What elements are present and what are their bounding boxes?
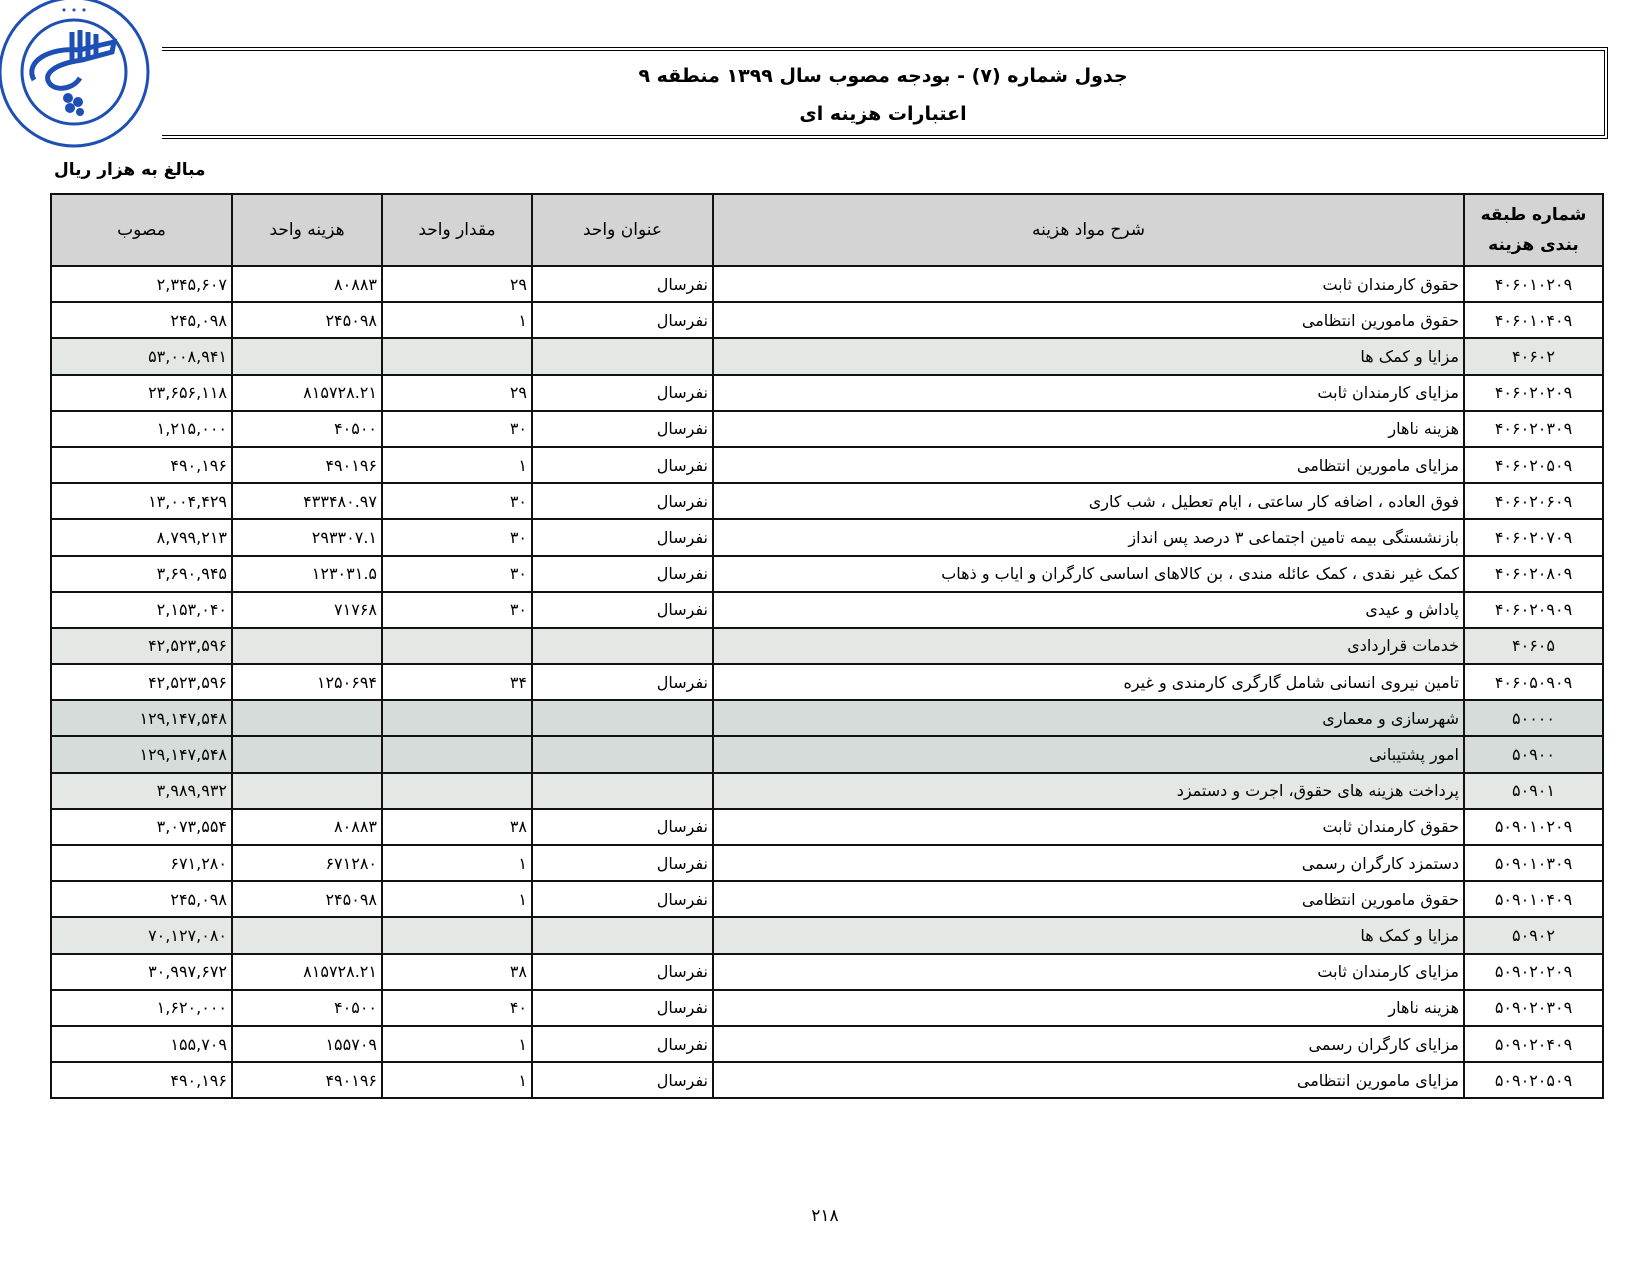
- approved-amount: ۴۲,۵۲۳,۵۹۶: [148, 673, 227, 692]
- unit-cost-cell: [232, 700, 382, 736]
- unit-title-cell: نفرسال: [532, 664, 713, 700]
- cost-code-cell: ۵۰۹۰۱۰۳۰۹: [1464, 845, 1603, 881]
- unit-cost-cell: ۱۲۳۰۳۱.۵: [232, 556, 382, 592]
- cost-description-cell: هزینه ناهار: [713, 411, 1464, 447]
- approved-amount: ۴۹۰,۱۹۶: [170, 1071, 227, 1090]
- cost-code-cell: ۵۰۹۰۰: [1464, 736, 1603, 772]
- cost-description: شهرسازی و معماری: [1322, 709, 1459, 728]
- cost-code-cell: ۵۰۹۰۲۰۳۰۹: [1464, 990, 1603, 1026]
- cost-description: مزایای مامورین انتظامی: [1297, 1071, 1459, 1090]
- table-row: ۵۰۹۰۱۰۴۰۹حقوق مامورین انتظامینفرسال۱۲۴۵۰…: [51, 881, 1603, 917]
- cost-code: ۵۰۹۰۲۰۲۰۹: [1495, 962, 1572, 981]
- table-row: ۴۰۶۰۲۰۷۰۹بازنشستگی بیمه تامین اجتماعی ۳ …: [51, 519, 1603, 555]
- table-row: ۵۰۹۰۱۰۳۰۹دستمزد کارگران رسمینفرسال۱۶۷۱۲۸…: [51, 845, 1603, 881]
- unit-quantity-cell: [382, 773, 532, 809]
- unit-cost: ۴۹۰۱۹۶: [325, 1071, 377, 1090]
- table-row: ۴۰۶۰۲۰۵۰۹مزایای مامورین انتظامینفرسال۱۴۹…: [51, 447, 1603, 483]
- unit-quantity-cell: ۱: [382, 302, 532, 338]
- cost-code: ۴۰۶۰۲: [1512, 347, 1555, 366]
- cost-code-cell: ۵۰۹۰۲۰۴۰۹: [1464, 1026, 1603, 1062]
- unit-quantity-cell: ۳۰: [382, 411, 532, 447]
- unit-title: نفرسال: [657, 998, 708, 1017]
- cost-code-cell: ۴۰۶۰۵۰۹۰۹: [1464, 664, 1603, 700]
- cost-description: خدمات قراردادی: [1347, 636, 1459, 655]
- unit-cost: ۲۴۵۰۹۸: [325, 311, 377, 330]
- unit-cost: ۱۲۵۰۶۹۴: [317, 673, 377, 692]
- cost-description-cell: مزایای کارمندان ثابت: [713, 375, 1464, 411]
- cost-code: ۵۰۹۰۲۰۵۰۹: [1495, 1071, 1572, 1090]
- unit-quantity: ۱: [518, 1035, 527, 1054]
- unit-quantity: ۳۸: [510, 817, 527, 836]
- unit-title-cell: نفرسال: [532, 556, 713, 592]
- table-row: ۴۰۶۰۲۰۹۰۹پاداش و عیدینفرسال۳۰۷۱۷۶۸۲,۱۵۳,…: [51, 592, 1603, 628]
- unit-title-cell: نفرسال: [532, 592, 713, 628]
- approved-amount: ۳,۰۷۳,۵۵۴: [157, 817, 227, 836]
- cost-code: ۴۰۶۰۲۰۲۰۹: [1495, 383, 1572, 402]
- cost-description-cell: حقوق کارمندان ثابت: [713, 809, 1464, 845]
- table-row-subtotal: ۴۰۶۰۵خدمات قراردادی۴۲,۵۲۳,۵۹۶: [51, 628, 1603, 664]
- approved-amount: ۴۹۰,۱۹۶: [170, 456, 227, 475]
- unit-cost-cell: ۲۴۵۰۹۸: [232, 302, 382, 338]
- unit-cost-cell: ۸۱۵۷۲۸.۲۱: [232, 375, 382, 411]
- cost-description: مزایای مامورین انتظامی: [1297, 456, 1459, 475]
- cost-description: هزینه ناهار: [1388, 419, 1459, 438]
- approved-amount: ۳۰,۹۹۷,۶۷۲: [148, 962, 227, 981]
- unit-cost-cell: [232, 628, 382, 664]
- unit-title-cell: نفرسال: [532, 447, 713, 483]
- cost-description: مزایای کارگران رسمی: [1309, 1035, 1459, 1054]
- unit-title-cell: نفرسال: [532, 1062, 713, 1098]
- cost-description-cell: تامین نیروی انسانی شامل گارگری کارمندی و…: [713, 664, 1464, 700]
- cost-code: ۵۰۹۰۰: [1512, 745, 1555, 764]
- cost-description-cell: مزایای مامورین انتظامی: [713, 1062, 1464, 1098]
- unit-cost: ۲۴۵۰۹۸: [325, 890, 377, 909]
- cost-code-cell: ۵۰۹۰۱۰۲۰۹: [1464, 809, 1603, 845]
- unit-title-cell: نفرسال: [532, 411, 713, 447]
- column-header-unit-cost: هزینه واحد: [232, 194, 382, 266]
- approved-amount-cell: ۸,۷۹۹,۲۱۳: [51, 519, 232, 555]
- approved-amount-cell: ۴۹۰,۱۹۶: [51, 447, 232, 483]
- unit-title: نفرسال: [657, 564, 708, 583]
- unit-cost-cell: ۸۰۸۸۳: [232, 809, 382, 845]
- cost-code: ۵۰۹۰۲: [1512, 926, 1555, 945]
- cost-code-cell: ۵۰۹۰۲: [1464, 917, 1603, 953]
- cost-code-cell: ۵۰۹۰۲۰۲۰۹: [1464, 954, 1603, 990]
- unit-quantity-cell: [382, 628, 532, 664]
- table-row: ۴۰۶۰۵۰۹۰۹تامین نیروی انسانی شامل گارگری …: [51, 664, 1603, 700]
- unit-quantity-cell: ۳۰: [382, 556, 532, 592]
- unit-title: نفرسال: [657, 492, 708, 511]
- column-header-unit-title: عنوان واحد: [532, 194, 713, 266]
- unit-title-cell: [532, 736, 713, 772]
- unit-quantity: ۳۰: [510, 492, 527, 511]
- budget-table: شماره طبقه بندی هزینه شرح مواد هزینه عنو…: [50, 193, 1604, 1099]
- cost-code-cell: ۴۰۶۰۲۰۶۰۹: [1464, 483, 1603, 519]
- unit-cost-cell: ۱۵۵۷۰۹: [232, 1026, 382, 1062]
- cost-description-cell: هزینه ناهار: [713, 990, 1464, 1026]
- seal-stamp-icon: • • •: [0, 0, 154, 152]
- approved-amount-cell: ۲,۳۴۵,۶۰۷: [51, 266, 232, 302]
- unit-cost: ۸۰۸۸۳: [334, 817, 377, 836]
- unit-cost-cell: ۱۲۵۰۶۹۴: [232, 664, 382, 700]
- cost-code: ۴۰۶۰۱۰۲۰۹: [1495, 275, 1572, 294]
- unit-title-cell: [532, 917, 713, 953]
- unit-quantity-cell: ۱: [382, 1026, 532, 1062]
- approved-amount: ۶۷۱,۲۸۰: [170, 854, 227, 873]
- unit-cost-cell: ۲۹۳۳۰۷.۱: [232, 519, 382, 555]
- unit-cost-cell: ۸۱۵۷۲۸.۲۱: [232, 954, 382, 990]
- approved-amount: ۲۳,۶۵۶,۱۱۸: [148, 383, 227, 402]
- unit-quantity: ۳۰: [510, 564, 527, 583]
- cost-description: کمک غیر نقدی ، کمک عائله مندی ، بن کالاه…: [941, 564, 1459, 583]
- unit-quantity-cell: ۳۸: [382, 809, 532, 845]
- approved-amount-cell: ۱۳,۰۰۴,۴۲۹: [51, 483, 232, 519]
- unit-title: نفرسال: [657, 673, 708, 692]
- unit-cost-cell: [232, 736, 382, 772]
- unit-title: نفرسال: [657, 456, 708, 475]
- approved-amount: ۱,۲۱۵,۰۰۰: [157, 419, 227, 438]
- council-seal: • • •: [0, 0, 154, 152]
- table-row-subtotal: ۵۰۹۰۲مزایا و کمک ها۷۰,۱۲۷,۰۸۰: [51, 917, 1603, 953]
- cost-code-cell: ۴۰۶۰۵: [1464, 628, 1603, 664]
- cost-description: تامین نیروی انسانی شامل گارگری کارمندی و…: [1123, 673, 1459, 692]
- cost-code: ۴۰۶۰۲۰۵۰۹: [1495, 456, 1572, 475]
- cost-description: دستمزد کارگران رسمی: [1302, 854, 1459, 873]
- approved-amount: ۱۲۹,۱۴۷,۵۴۸: [139, 709, 227, 728]
- table-row: ۴۰۶۰۲۰۲۰۹مزایای کارمندان ثابتنفرسال۲۹۸۱۵…: [51, 375, 1603, 411]
- table-row: ۴۰۶۰۲۰۳۰۹هزینه ناهارنفرسال۳۰۴۰۵۰۰۱,۲۱۵,۰…: [51, 411, 1603, 447]
- unit-title-cell: نفرسال: [532, 990, 713, 1026]
- unit-cost: ۴۳۳۴۸۰.۹۷: [303, 492, 377, 511]
- unit-cost: ۸۱۵۷۲۸.۲۱: [303, 962, 377, 981]
- cost-code-cell: ۴۰۶۰۱۰۲۰۹: [1464, 266, 1603, 302]
- cost-description-cell: خدمات قراردادی: [713, 628, 1464, 664]
- unit-quantity: ۱: [518, 1071, 527, 1090]
- cost-code-cell: ۴۰۶۰۲۰۳۰۹: [1464, 411, 1603, 447]
- unit-quantity-cell: ۳۸: [382, 954, 532, 990]
- unit-title: نفرسال: [657, 1071, 708, 1090]
- cost-description: پاداش و عیدی: [1365, 600, 1459, 619]
- cost-description-cell: مزایای کارمندان ثابت: [713, 954, 1464, 990]
- approved-amount-cell: ۳۰,۹۹۷,۶۷۲: [51, 954, 232, 990]
- unit-cost-cell: ۴۳۳۴۸۰.۹۷: [232, 483, 382, 519]
- unit-title-cell: نفرسال: [532, 881, 713, 917]
- unit-cost: ۸۱۵۷۲۸.۲۱: [303, 383, 377, 402]
- unit-quantity-cell: ۳۰: [382, 483, 532, 519]
- unit-quantity: ۲۹: [510, 275, 527, 294]
- approved-amount: ۵۳,۰۰۸,۹۴۱: [148, 347, 227, 366]
- cost-code-cell: ۵۰۹۰۱۰۴۰۹: [1464, 881, 1603, 917]
- cost-description: بازنشستگی بیمه تامین اجتماعی ۳ درصد پس ا…: [1128, 528, 1459, 547]
- table-body: ۴۰۶۰۱۰۲۰۹حقوق کارمندان ثابتنفرسال۲۹۸۰۸۸۳…: [51, 266, 1603, 1098]
- table-row: ۵۰۹۰۲۰۲۰۹مزایای کارمندان ثابتنفرسال۳۸۸۱۵…: [51, 954, 1603, 990]
- table-row: ۴۰۶۰۲۰۸۰۹کمک غیر نقدی ، کمک عائله مندی ،…: [51, 556, 1603, 592]
- unit-cost-cell: ۷۱۷۶۸: [232, 592, 382, 628]
- cost-code-cell: ۴۰۶۰۱۰۴۰۹: [1464, 302, 1603, 338]
- approved-amount: ۱۵۵,۷۰۹: [170, 1035, 227, 1054]
- unit-quantity: ۳۴: [510, 673, 527, 692]
- unit-quantity: ۴۰: [510, 998, 527, 1017]
- cost-code: ۴۰۶۰۲۰۸۰۹: [1495, 564, 1572, 583]
- unit-title: نفرسال: [657, 311, 708, 330]
- unit-cost: ۷۱۷۶۸: [334, 600, 377, 619]
- cost-code: ۴۰۶۰۵۰۹۰۹: [1495, 673, 1572, 692]
- cost-description: مزایا و کمک ها: [1360, 926, 1459, 945]
- cost-code: ۴۰۶۰۲۰۳۰۹: [1495, 419, 1572, 438]
- cost-description: پرداخت هزینه های حقوق، اجرت و دستمزد: [1177, 781, 1459, 800]
- unit-title-cell: نفرسال: [532, 266, 713, 302]
- unit-title: نفرسال: [657, 817, 708, 836]
- page-title: جدول شماره (۷) - بودجه مصوب سال ۱۳۹۹ منط…: [162, 65, 1604, 87]
- approved-amount-cell: ۴۹۰,۱۹۶: [51, 1062, 232, 1098]
- unit-quantity: ۱: [518, 456, 527, 475]
- cost-description-cell: بازنشستگی بیمه تامین اجتماعی ۳ درصد پس ا…: [713, 519, 1464, 555]
- cost-description: فوق العاده ، اضافه کار ساعتی ، ایام تعطی…: [1089, 492, 1459, 511]
- approved-amount-cell: ۲۳,۶۵۶,۱۱۸: [51, 375, 232, 411]
- cost-code: ۵۰۹۰۱۰۳۰۹: [1495, 854, 1572, 873]
- approved-amount-cell: ۲۴۵,۰۹۸: [51, 881, 232, 917]
- approved-amount: ۲,۱۵۳,۰۴۰: [157, 600, 227, 619]
- cost-code-cell: ۴۰۶۰۲: [1464, 338, 1603, 374]
- unit-cost: ۶۷۱۲۸۰: [325, 854, 377, 873]
- cost-code-cell: ۴۰۶۰۲۰۷۰۹: [1464, 519, 1603, 555]
- unit-quantity-cell: [382, 736, 532, 772]
- unit-cost-cell: ۶۷۱۲۸۰: [232, 845, 382, 881]
- cost-description: حقوق کارمندان ثابت: [1322, 817, 1459, 836]
- approved-amount-cell: ۳,۰۷۳,۵۵۴: [51, 809, 232, 845]
- unit-title-cell: نفرسال: [532, 519, 713, 555]
- cost-code-cell: ۴۰۶۰۲۰۵۰۹: [1464, 447, 1603, 483]
- cost-code: ۵۰۹۰۱۰۲۰۹: [1495, 817, 1572, 836]
- svg-text:• • •: • • •: [61, 4, 87, 17]
- cost-description: مزایای کارمندان ثابت: [1317, 962, 1459, 981]
- column-header-unit-quantity: مقدار واحد: [382, 194, 532, 266]
- column-header-code: شماره طبقه بندی هزینه: [1464, 194, 1603, 266]
- cost-description-cell: حقوق مامورین انتظامی: [713, 881, 1464, 917]
- unit-quantity-cell: ۳۰: [382, 519, 532, 555]
- unit-title-cell: نفرسال: [532, 809, 713, 845]
- cost-code: ۵۰۹۰۱: [1512, 781, 1555, 800]
- table-row-subtotal: ۵۰۹۰۱پرداخت هزینه های حقوق، اجرت و دستمز…: [51, 773, 1603, 809]
- cost-code: ۴۰۶۰۲۰۶۰۹: [1495, 492, 1572, 511]
- approved-amount: ۳,۹۸۹,۹۳۲: [157, 781, 227, 800]
- approved-amount: ۸,۷۹۹,۲۱۳: [157, 528, 227, 547]
- unit-title-cell: [532, 338, 713, 374]
- cost-code-cell: ۵۰۹۰۲۰۵۰۹: [1464, 1062, 1603, 1098]
- cost-description-cell: شهرسازی و معماری: [713, 700, 1464, 736]
- column-header-description: شرح مواد هزینه: [713, 194, 1464, 266]
- unit-quantity: ۱: [518, 311, 527, 330]
- unit-title: نفرسال: [657, 600, 708, 619]
- approved-amount-cell: ۷۰,۱۲۷,۰۸۰: [51, 917, 232, 953]
- unit-title-cell: نفرسال: [532, 1026, 713, 1062]
- approved-amount: ۲۴۵,۰۹۸: [170, 311, 227, 330]
- unit-title-cell: نفرسال: [532, 483, 713, 519]
- unit-title-cell: نفرسال: [532, 302, 713, 338]
- cost-description: حقوق مامورین انتظامی: [1302, 890, 1459, 909]
- table-row: ۴۰۶۰۲۰۶۰۹فوق العاده ، اضافه کار ساعتی ، …: [51, 483, 1603, 519]
- unit-title-cell: [532, 773, 713, 809]
- approved-amount: ۲۴۵,۰۹۸: [170, 890, 227, 909]
- approved-amount-cell: ۶۷۱,۲۸۰: [51, 845, 232, 881]
- approved-amount-cell: ۲,۱۵۳,۰۴۰: [51, 592, 232, 628]
- unit-title: نفرسال: [657, 962, 708, 981]
- table-row: ۵۰۹۰۱۰۲۰۹حقوق کارمندان ثابتنفرسال۳۸۸۰۸۸۳…: [51, 809, 1603, 845]
- approved-amount: ۳,۶۹۰,۹۴۵: [157, 564, 227, 583]
- cost-description: حقوق کارمندان ثابت: [1322, 275, 1459, 294]
- approved-amount: ۱۲۹,۱۴۷,۵۴۸: [139, 745, 227, 764]
- approved-amount: ۷۰,۱۲۷,۰۸۰: [148, 926, 227, 945]
- unit-cost-cell: ۸۰۸۸۳: [232, 266, 382, 302]
- unit-quantity-cell: ۲۹: [382, 375, 532, 411]
- unit-quantity: ۲۹: [510, 383, 527, 402]
- table-row: ۵۰۹۰۲۰۴۰۹مزایای کارگران رسمینفرسال۱۱۵۵۷۰…: [51, 1026, 1603, 1062]
- cost-description: مزایای کارمندان ثابت: [1317, 383, 1459, 402]
- unit-cost-cell: [232, 917, 382, 953]
- unit-cost-cell: ۴۰۵۰۰: [232, 411, 382, 447]
- unit-quantity-cell: ۳۰: [382, 592, 532, 628]
- cost-description-cell: حقوق کارمندان ثابت: [713, 266, 1464, 302]
- unit-title-cell: نفرسال: [532, 375, 713, 411]
- cost-description-cell: مزایای کارگران رسمی: [713, 1026, 1464, 1062]
- cost-description: مزایا و کمک ها: [1360, 347, 1459, 366]
- unit-title: نفرسال: [657, 1035, 708, 1054]
- unit-quantity-cell: [382, 917, 532, 953]
- cost-description-cell: دستمزد کارگران رسمی: [713, 845, 1464, 881]
- cost-code: ۴۰۶۰۲۰۹۰۹: [1495, 600, 1572, 619]
- approved-amount-cell: ۴۲,۵۲۳,۵۹۶: [51, 628, 232, 664]
- unit-title: نفرسال: [657, 528, 708, 547]
- table-row-subtotal: ۴۰۶۰۲مزایا و کمک ها۵۳,۰۰۸,۹۴۱: [51, 338, 1603, 374]
- cost-code: ۵۰۹۰۲۰۳۰۹: [1495, 998, 1572, 1017]
- table-header-row: شماره طبقه بندی هزینه شرح مواد هزینه عنو…: [51, 194, 1603, 266]
- table-row: ۵۰۹۰۲۰۵۰۹مزایای مامورین انتظامینفرسال۱۴۹…: [51, 1062, 1603, 1098]
- approved-amount: ۱,۶۲۰,۰۰۰: [157, 998, 227, 1017]
- unit-title-cell: نفرسال: [532, 845, 713, 881]
- unit-cost: ۴۰۵۰۰: [334, 419, 377, 438]
- unit-cost: ۴۹۰۱۹۶: [325, 456, 377, 475]
- currency-unit-note: مبالغ به هزار ریال: [54, 160, 206, 180]
- table-row-major-total: ۵۰۹۰۰امور پشتیبانی۱۲۹,۱۴۷,۵۴۸: [51, 736, 1603, 772]
- unit-cost: ۱۵۵۷۰۹: [325, 1035, 377, 1054]
- approved-amount-cell: ۴۲,۵۲۳,۵۹۶: [51, 664, 232, 700]
- cost-description-cell: فوق العاده ، اضافه کار ساعتی ، ایام تعطی…: [713, 483, 1464, 519]
- unit-quantity-cell: ۱: [382, 1062, 532, 1098]
- approved-amount-cell: ۲۴۵,۰۹۸: [51, 302, 232, 338]
- page-number: ۲۱۸: [0, 1206, 1650, 1226]
- cost-code-cell: ۵۰۰۰۰: [1464, 700, 1603, 736]
- cost-description: حقوق مامورین انتظامی: [1302, 311, 1459, 330]
- unit-title-cell: [532, 628, 713, 664]
- unit-cost-cell: ۴۹۰۱۹۶: [232, 1062, 382, 1098]
- unit-quantity: ۱: [518, 854, 527, 873]
- unit-quantity-cell: ۲۹: [382, 266, 532, 302]
- approved-amount-cell: ۱,۲۱۵,۰۰۰: [51, 411, 232, 447]
- unit-cost: ۲۹۳۳۰۷.۱: [312, 528, 377, 547]
- cost-description: امور پشتیبانی: [1369, 745, 1459, 764]
- unit-cost-cell: [232, 773, 382, 809]
- cost-code: ۴۰۶۰۲۰۷۰۹: [1495, 528, 1572, 547]
- unit-title: نفرسال: [657, 854, 708, 873]
- unit-cost-cell: [232, 338, 382, 374]
- unit-quantity-cell: ۱: [382, 881, 532, 917]
- approved-amount: ۱۳,۰۰۴,۴۲۹: [148, 492, 227, 511]
- cost-code: ۴۰۶۰۱۰۴۰۹: [1495, 311, 1572, 330]
- unit-title-cell: نفرسال: [532, 954, 713, 990]
- approved-amount: ۲,۳۴۵,۶۰۷: [157, 275, 227, 294]
- approved-amount-cell: ۱,۶۲۰,۰۰۰: [51, 990, 232, 1026]
- table-row: ۴۰۶۰۱۰۲۰۹حقوق کارمندان ثابتنفرسال۲۹۸۰۸۸۳…: [51, 266, 1603, 302]
- cost-description-cell: امور پشتیبانی: [713, 736, 1464, 772]
- approved-amount-cell: ۵۳,۰۰۸,۹۴۱: [51, 338, 232, 374]
- cost-code: ۵۰۰۰۰: [1512, 709, 1555, 728]
- unit-quantity-cell: ۳۴: [382, 664, 532, 700]
- unit-title: نفرسال: [657, 419, 708, 438]
- unit-cost: ۸۰۸۸۳: [334, 275, 377, 294]
- approved-amount-cell: ۳,۹۸۹,۹۳۲: [51, 773, 232, 809]
- cost-code-cell: ۴۰۶۰۲۰۸۰۹: [1464, 556, 1603, 592]
- unit-cost-cell: ۲۴۵۰۹۸: [232, 881, 382, 917]
- approved-amount: ۴۲,۵۲۳,۵۹۶: [148, 636, 227, 655]
- cost-code: ۴۰۶۰۵: [1512, 636, 1555, 655]
- unit-quantity: ۳۰: [510, 600, 527, 619]
- unit-quantity-cell: ۴۰: [382, 990, 532, 1026]
- unit-quantity-cell: [382, 338, 532, 374]
- cost-description-cell: مزایای مامورین انتظامی: [713, 447, 1464, 483]
- unit-title: نفرسال: [657, 890, 708, 909]
- unit-quantity: ۳۰: [510, 528, 527, 547]
- cost-description-cell: حقوق مامورین انتظامی: [713, 302, 1464, 338]
- approved-amount-cell: ۳,۶۹۰,۹۴۵: [51, 556, 232, 592]
- unit-cost: ۴۰۵۰۰: [334, 998, 377, 1017]
- unit-quantity-cell: ۱: [382, 845, 532, 881]
- cost-code: ۵۰۹۰۱۰۴۰۹: [1495, 890, 1572, 909]
- table-row: ۴۰۶۰۱۰۴۰۹حقوق مامورین انتظامینفرسال۱۲۴۵۰…: [51, 302, 1603, 338]
- unit-quantity: ۳۰: [510, 419, 527, 438]
- unit-cost: ۱۲۳۰۳۱.۵: [312, 564, 377, 583]
- unit-cost-cell: ۴۰۵۰۰: [232, 990, 382, 1026]
- unit-quantity: ۳۸: [510, 962, 527, 981]
- unit-title: نفرسال: [657, 383, 708, 402]
- cost-code-cell: ۵۰۹۰۱: [1464, 773, 1603, 809]
- title-box: جدول شماره (۷) - بودجه مصوب سال ۱۳۹۹ منط…: [162, 47, 1608, 139]
- cost-description-cell: پرداخت هزینه های حقوق، اجرت و دستمزد: [713, 773, 1464, 809]
- unit-quantity-cell: ۱: [382, 447, 532, 483]
- unit-quantity: ۱: [518, 890, 527, 909]
- approved-amount-cell: ۱۲۹,۱۴۷,۵۴۸: [51, 736, 232, 772]
- unit-cost-cell: ۴۹۰۱۹۶: [232, 447, 382, 483]
- cost-description-cell: مزایا و کمک ها: [713, 917, 1464, 953]
- unit-quantity-cell: [382, 700, 532, 736]
- table-row: ۵۰۹۰۲۰۳۰۹هزینه ناهارنفرسال۴۰۴۰۵۰۰۱,۶۲۰,۰…: [51, 990, 1603, 1026]
- cost-description-cell: کمک غیر نقدی ، کمک عائله مندی ، بن کالاه…: [713, 556, 1464, 592]
- column-header-approved: مصوب: [51, 194, 232, 266]
- unit-title-cell: [532, 700, 713, 736]
- cost-description-cell: پاداش و عیدی: [713, 592, 1464, 628]
- cost-description-cell: مزایا و کمک ها: [713, 338, 1464, 374]
- cost-code: ۵۰۹۰۲۰۴۰۹: [1495, 1035, 1572, 1054]
- cost-code-cell: ۴۰۶۰۲۰۲۰۹: [1464, 375, 1603, 411]
- cost-code-cell: ۴۰۶۰۲۰۹۰۹: [1464, 592, 1603, 628]
- page-subtitle: اعتبارات هزینه ای: [162, 103, 1604, 125]
- unit-title: نفرسال: [657, 275, 708, 294]
- approved-amount-cell: ۱۲۹,۱۴۷,۵۴۸: [51, 700, 232, 736]
- approved-amount-cell: ۱۵۵,۷۰۹: [51, 1026, 232, 1062]
- table-row-major-total: ۵۰۰۰۰شهرسازی و معماری۱۲۹,۱۴۷,۵۴۸: [51, 700, 1603, 736]
- cost-description: هزینه ناهار: [1388, 998, 1459, 1017]
